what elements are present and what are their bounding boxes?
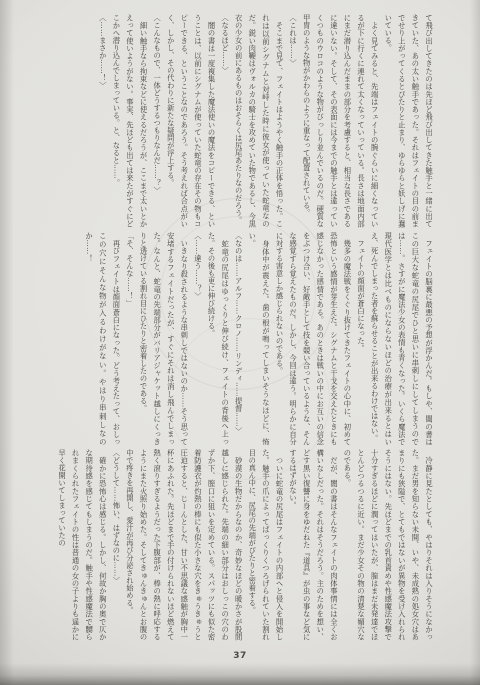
paragraph: 「そ、そんな……！」 [123,232,137,446]
paragraph: いきなり殺されるような串刺しではないのか……そう思って安堵するフェイトだったが、… [137,232,191,446]
paragraph: 砂漠の生物だからなのか、奇妙なほどの暖かさが股間越しに感じられた。先端の細い部分… [123,449,245,641]
paragraph: 〈なのは……アルフ……クロノ……リンディ……提督……〉 [232,232,246,446]
paragraph: 〈こんなもので、一体どうするつもりなんだ……？〉 [151,14,165,228]
paragraph: そこまで見て、フェイトはようやく触手の正体を悟った。これは以前シグナムと対峙した… [232,14,286,228]
paragraph: よく見てみると、先端はフェイトの腕ぐらいに細くなっているが下に行くに連れて太くな… [300,14,382,228]
paragraph: 細い触手なら拘束などに使えるだろうが、ここまで太いとかえって使いようがない。事実… [110,14,151,228]
text-area: て飛び出してきたのは先ほど飛び出してきた触手と一緒に出てきていた、あの太い触手で… [52,14,436,641]
scanned-book-page: て飛び出してきたのは先ほど飛び出してきた触手と一緒に出てきていた、あの太い触手で… [0,0,480,685]
paragraph: フェイトの脳裏に最悪の予想が浮かんだ。もしや、闇の書はこの巨大な蛇竜の尻尾でひと… [368,232,436,446]
text-band-bottom: 冷静に見たとしても、やはりそれは入りそうになかった。まだ男を知らない未開、いや、… [52,449,436,641]
paragraph: 〈どうして……怖い、はずなのに……〉 [110,449,124,641]
scan-edge-shadow-left [0,0,14,685]
paragraph: 幾多の魔法戦をくぐり抜けてきたフェイトの心中に、初めて恐怖という感情が芽生えた。… [273,232,355,446]
paragraph: 〈……違う……？〉 [191,232,205,446]
paragraph: て飛び出してきたのは先ほど飛び出してきた触手と一緒に出てきていた、あの太い触手で… [382,14,436,228]
paragraph: 再びフェイトは顔面蒼白になった。どう考えたって、おしっこの穴にそんな物が入るわけ… [83,232,124,446]
scan-edge-shadow-right [470,0,480,685]
page-number: 37 [0,651,480,661]
paragraph: だが、闇の書はそんなフェイトの肉体事情には全くお構いなしだった。それはそうだろう… [286,449,340,641]
paragraph: 〈……まさか……！〉 [96,14,110,228]
paragraph: 闇の書は一度複集した魔法使いの魔法をコピーできる、ということは、以前にシグナムが… [164,14,218,228]
paragraph: 確かに恐怖心は感じる。しかし、何故か胸の奥で仄かな期待感を感じてもしまうのだ。触… [55,449,109,641]
paragraph: 冷静に見たとしても、やはりそれは入りそうになかった。まだ男を知らない未開、いや、… [341,449,436,641]
paragraph: 〈これは……〉 [286,14,300,228]
paragraph: フェイトの顔面が蒼白になった。 [354,232,368,446]
scan-edge-shadow-bottom [0,663,480,685]
paragraph: 身体中が震えた。歯の根が鳴ってしまいそうなほどに、怖い。 [246,232,273,446]
paragraph: 蛇竜の尻尾はゆっくりと伸び続け、フェイトの背後へ上った。その後も更に伸び続ける。 [205,232,232,446]
text-band-middle: フェイトの脳裏に最悪の予想が浮かんだ。もしや、闇の書はこの巨大な蛇竜の尻尾でひと… [52,232,436,446]
paragraph: 〈なるほど……〉 [219,14,233,228]
paragraph: ついに蛇竜の尻尾はフェイトの内部へと侵入を開始した。触手の爪によってぱっくりくつ… [246,449,287,641]
text-band-top: て飛び出してきたのは先ほど飛び出してきた触手と一緒に出てきていた、あの太い触手で… [52,14,436,228]
